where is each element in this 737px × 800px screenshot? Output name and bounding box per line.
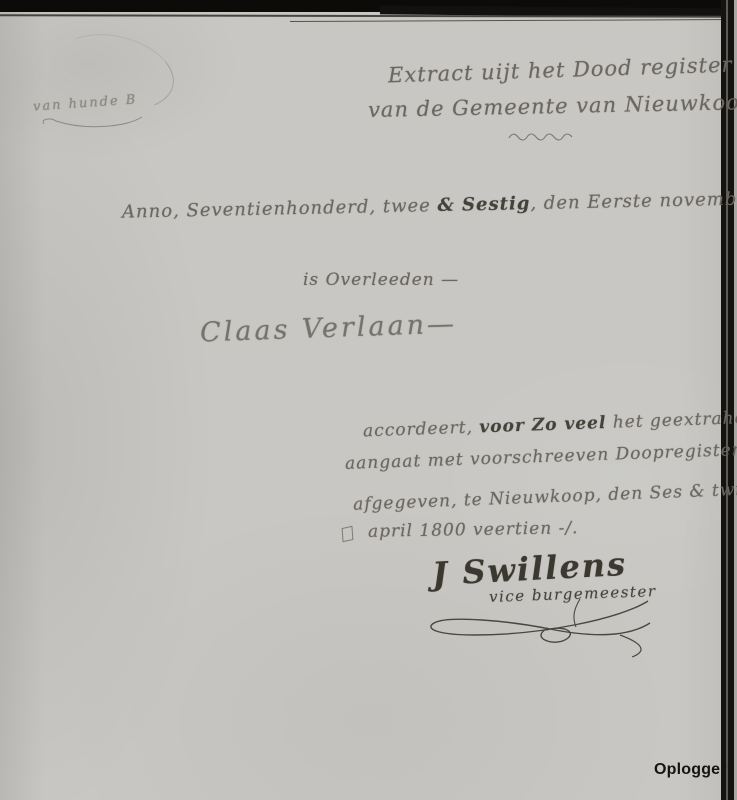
certification-line-4: april 1800 veertien -/.: [368, 518, 579, 542]
binding-highlight: [726, 0, 728, 800]
signature-flourish-icon: [420, 597, 655, 659]
oplogger-watermark-label: Oplogger: [654, 761, 727, 779]
certification-text: accordeert,: [363, 417, 480, 441]
header-flourish-icon: [506, 129, 582, 143]
scanned-document-page: van hunde B Extract uijt het Dood regist…: [0, 0, 737, 800]
record-date-overwrite: & Sestig: [437, 193, 530, 216]
paragraph-mark-icon: [342, 526, 354, 542]
deceased-statement: is Overleeden —: [303, 270, 459, 290]
margin-flourish-icon: [38, 114, 148, 130]
record-date-text-end: , den Eerste november: [530, 188, 737, 214]
scan-right-binding-edge: [721, 0, 734, 800]
